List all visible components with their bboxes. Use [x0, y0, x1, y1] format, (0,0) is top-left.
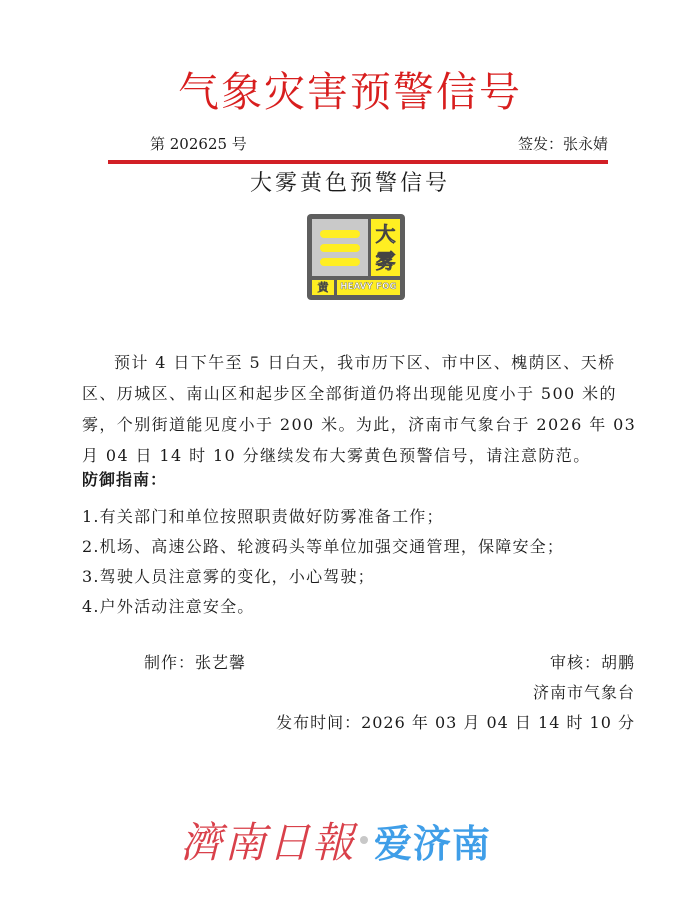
maker: 制作：张艺馨: [144, 648, 246, 678]
sign-char-box: 大 雾: [371, 219, 400, 276]
sign-level-char: 黄: [312, 280, 334, 295]
paragraph-line: 预计 4 日下午至 5 日白天，我市历下区、市中区、槐荫区、天桥: [82, 347, 638, 378]
issue-number: 第 202625 号: [150, 133, 247, 155]
warning-title: 大雾黄色预警信号: [0, 168, 700, 200]
paragraph-line: 雾，个别街道能见度小于 200 米。为此，济南市气象台于 2026 年 03: [82, 409, 638, 440]
warning-paragraph: 预计 4 日下午至 5 日白天，我市历下区、市中区、槐荫区、天桥 区、历城区、南…: [82, 347, 638, 471]
sign-char-bottom: 雾: [371, 248, 400, 274]
guide-item: 2.机场、高速公路、轮渡码头等单位加强交通管理，保障安全；: [82, 532, 564, 562]
brand-logo: 濟南日報 爱济南: [180, 810, 491, 870]
document-title: 气象灾害预警信号: [0, 62, 700, 122]
sign-english-label: HEAVY FOG: [337, 280, 400, 295]
newspaper-logo: 濟南日報: [180, 810, 356, 870]
separator-dot-icon: [360, 836, 368, 844]
guide-heading: 防御指南：: [82, 467, 167, 493]
publish-time: 发布时间：2026 年 03 月 04 日 14 时 10 分: [276, 708, 635, 738]
fog-bar-icon: [320, 244, 360, 252]
sign-char-top: 大: [371, 221, 400, 247]
signer: 签发：张永婧: [518, 133, 608, 155]
app-logo: 爱济南: [374, 813, 491, 868]
guide-item: 4.户外活动注意安全。: [82, 592, 564, 622]
fog-bar-icon: [320, 230, 360, 238]
guide-list: 1.有关部门和单位按照职责做好防雾准备工作； 2.机场、高速公路、轮渡码头等单位…: [82, 502, 564, 622]
paragraph-line: 区、历城区、南山区和起步区全部街道仍将出现能见度小于 500 米的: [82, 378, 638, 409]
fog-panel: [312, 219, 368, 276]
heavy-fog-yellow-warning-icon: 大 雾 黄 HEAVY FOG: [307, 214, 405, 300]
reviewer: 审核：胡鹏: [550, 648, 635, 678]
issuing-organization: 济南市气象台: [533, 678, 635, 708]
guide-item: 3.驾驶人员注意雾的变化，小心驾驶；: [82, 562, 564, 592]
guide-item: 1.有关部门和单位按照职责做好防雾准备工作；: [82, 502, 564, 532]
fog-bar-icon: [320, 258, 360, 266]
red-divider: [108, 160, 608, 164]
